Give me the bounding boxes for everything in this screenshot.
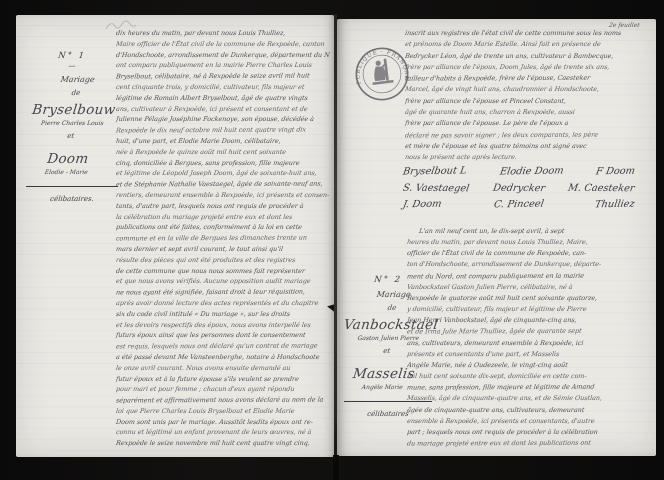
signature: M. Caesteker — [568, 182, 636, 194]
act1-closing-line: frère par alliance de l'épouse et Pincee… — [404, 96, 655, 107]
act1-closing-line: frère par alliance de l'épouse. Le père … — [404, 118, 655, 129]
page-gutter-shadow — [334, 14, 337, 480]
act1-body-line: pour mari et pour femme ; chacun d'eux a… — [115, 384, 330, 395]
act1-closing-text: inscrit aux registres de l'état civil de… — [405, 28, 655, 164]
margin-line: de — [27, 89, 124, 97]
act1-body-line: séparément et affirmativement nous avons… — [115, 395, 330, 407]
act1-body-line: publications ont été faites, conformémen… — [115, 222, 330, 233]
act2-body-line: ton d'Hondschoote, arrondissement de Dun… — [406, 259, 659, 270]
act2-body-line: y domicilié, cultivateur, fils majeur et… — [406, 304, 659, 315]
act1-body-line: la célébration du mariage projeté entre … — [115, 212, 330, 223]
stamp-marianne-figure — [370, 58, 394, 85]
act1-body-line: dix heures du matin, par devant nous Lou… — [115, 28, 330, 39]
act1-body-line: loi que Pierre Charles Louis Bryselbout … — [115, 406, 330, 417]
act1-body-line: résulte des pièces qui ont été produites… — [115, 255, 330, 266]
act2-body-line: mil huit cent soixante dix-sept, domicil… — [406, 371, 659, 382]
act1-signatures: Bryselbout LElodie DoomF Doom S. Vaestae… — [403, 166, 635, 216]
margin-line: Mariage — [29, 75, 126, 84]
margin-line: et — [22, 132, 119, 140]
act2-body-line: et de Irma Julie Marie Thulliez, âgée de… — [406, 326, 659, 338]
act1-body-line: six du code civil intitulé « Du mariage … — [115, 309, 330, 320]
republique-francaise-stamp: RÉPUBLIQUE · FRANÇAISE — [350, 42, 415, 107]
act1-body-line: Rexpoède le dix neuf octobre mil huit ce… — [115, 125, 330, 137]
act2-body-line: présents et consentants d'une part, et M… — [406, 349, 659, 360]
act2-body-line: officier de l'État civil de la commune d… — [406, 248, 659, 259]
act1-body-line: Bryselbout, célibataire, né à Rexpoède l… — [115, 71, 330, 83]
act1-body-line: et que nous avons vérifiés. Aucune oppos… — [115, 276, 330, 287]
act2-body-line: Angèle Marie, née à Oudezeele, le vingt-… — [406, 360, 659, 371]
act1-closing-line: âgé de quarante huit ans, charron à Rexp… — [404, 107, 655, 118]
signature: Thulliez — [594, 199, 636, 211]
act1-closing-line: frère par alliance de l'époux, Doom Jule… — [404, 62, 655, 73]
act2-body-line: Vanbockstael Gaston Julien Pierre, célib… — [406, 282, 659, 293]
act1-body-line: et légitime de Léopold Joseph Doom, âgé … — [115, 168, 330, 179]
act1-margin-lines: MariagedeBryselbouwPierre Charles Louise… — [18, 75, 126, 176]
signature: Dedrycker — [492, 182, 546, 193]
margin-line: Pierre Charles Louis — [24, 120, 121, 127]
act1-body-line: après avoir donné lecture des actes repr… — [115, 298, 330, 309]
act1-body-line: Julienne Pélagie Joséphine Fockenoye, so… — [115, 114, 330, 125]
act1-body-line: Rexpoède le seize novembre mil huit cent… — [115, 438, 330, 449]
act2-body-line: heures du matin, par devant nous Louis T… — [406, 237, 659, 248]
act1-body-line: futurs époux ainsi que les personnes don… — [115, 330, 330, 341]
act1-body-line: ont comparu publiquement en la mairie Pi… — [115, 60, 330, 71]
act1-body-line: et de Stéphanie Nathalie Vaestaegel, âgé… — [115, 179, 330, 191]
act1-body-line: a été passé devant Me Vansteenberghe, no… — [115, 352, 330, 363]
act1-closing-line: déclaré ne pas savoir signer ; les deux … — [404, 129, 655, 141]
act1-closing-line: inscrit aux registres de l'état civil de… — [404, 28, 655, 39]
act1-body-line: née à Rexpoède le quinze août mil huit c… — [115, 147, 330, 158]
act1-margin-annotation: N° 1 — MariagedeBryselbouwPierre Charles… — [24, 51, 120, 203]
act1-number: N° 1 — [23, 51, 120, 61]
act2-body-line: part ; lesquels nous ont requis de procé… — [406, 427, 659, 438]
margin-line: Elodie - Marie — [18, 169, 115, 176]
signature-row: J. DoomC. PinceelThulliez — [403, 199, 635, 210]
act1-body-line: ans, cultivateur à Rexpoède, ici présent… — [115, 104, 330, 115]
act1-body-line: mars dernier et sept avril courant, le t… — [115, 244, 330, 255]
margin-rule — [26, 186, 118, 187]
act1-body-line: commune et en la ville de Bergues les di… — [115, 233, 330, 245]
act2-body-line: ensemble à Rexpoède, ici présents et con… — [406, 416, 659, 427]
act1-closing-line: et prénoms de Doom Marie Estelle. Ainsi … — [404, 39, 655, 50]
act1-body-line: d'Hondschoote, arrondissement de Dunkerq… — [115, 50, 330, 61]
act2-body-line: du mariage projeté entre eux et dont les… — [406, 437, 659, 449]
margin-line: Bryselbouw — [25, 102, 123, 118]
act1-body-line: cinq, domiciliée à Bergues, sans profess… — [115, 158, 330, 169]
act1-status: célibataires. — [24, 195, 121, 203]
signature: F Doom — [595, 166, 636, 178]
act2-body-line: Rexpoède le quatorze août mil huit cent … — [406, 293, 659, 304]
act1-body-line: tants, d'autre part, lesquels nous ont r… — [115, 201, 330, 212]
act1-closing-line: Bedrycker Léon, âgé de trente un ans, cu… — [404, 51, 655, 62]
act1-closing-line: Marcel, âgé de vingt huit ans, chaudronn… — [404, 84, 655, 95]
gutter-bottom-notch — [333, 455, 339, 480]
signature: Elodie Doom — [498, 165, 564, 177]
signature-row: S. VaestaegelDedryckerM. Caesteker — [403, 183, 635, 194]
act2-body-line: ans, cultivateurs, demeurant ensemble à … — [406, 338, 659, 349]
act1-closing-line: et mère de l'épouse et les quatre témoin… — [404, 141, 655, 152]
act1-body-line: Maire officier de l'État civil de la com… — [115, 39, 330, 50]
register-page-left: N° 1 — MariagedeBryselbouwPierre Charles… — [16, 15, 334, 457]
signature: C. Pinceel — [493, 199, 545, 211]
act1-body-line: de cette commune que nous nous sommes fa… — [115, 266, 330, 277]
act2-body-line: L'an mil neuf cent un, le dix-sept avril… — [406, 226, 659, 237]
act1-closing-line: nous le présent acte après lecture. — [404, 152, 655, 163]
margin-dash: — — [24, 62, 121, 70]
act2-body-line: âgée de cinquante-quatre ans, cultivateu… — [406, 405, 659, 416]
margin-line: Doom — [19, 151, 117, 167]
signature-row: Bryselbout LElodie DoomF Doom — [403, 166, 635, 177]
act1-body-line: connu et légitimé un enfant provenant de… — [115, 427, 330, 438]
signature: Bryselbout L — [402, 165, 468, 177]
act1-body-line: ne nous ayant été signifiée, faisant dro… — [115, 287, 330, 299]
scanned-register-spread: { "left_page": { "margin": { "act_no": "… — [0, 0, 664, 480]
act1-body-line: Doom sont unis par le mariage. Aussitôt … — [115, 417, 330, 428]
act1-body-line: le onze avril courant. Nous avons ensuit… — [115, 363, 330, 374]
act1-body-text: dix heures du matin, par devant nous Lou… — [116, 28, 330, 449]
act1-body-line: rentiers, demeurant ensemble à Rexpoède,… — [115, 190, 330, 201]
signature: S. Vaestaegel — [402, 182, 470, 194]
act1-body-line: et les devoirs respectifs des époux, nou… — [115, 320, 330, 331]
act1-body-line: légitime de Romain Albert Bryselbout, âg… — [115, 93, 330, 104]
act1-body-line: futur époux et à la future épouse s'ils … — [115, 374, 330, 385]
act2-body-text: L'an mil neuf cent un, le dix-sept avril… — [407, 226, 659, 449]
act1-body-line: huit, d'une part, et Elodie Marie Doom, … — [115, 136, 330, 147]
act1-body-line: cent cinquante trois, y domicilié, culti… — [115, 82, 330, 93]
act2-body-line: Masselis, âgé de cinquante-quatre ans, e… — [406, 393, 659, 404]
act2-body-line: ment du Nord, ont comparu publiquement e… — [406, 270, 659, 282]
signature: J. Doom — [402, 199, 442, 211]
register-page-right: 2e feuillet inscrit aux registres de l'é… — [337, 19, 656, 456]
act1-body-line: est requis, lesquels nous ont déclaré qu… — [115, 341, 330, 353]
